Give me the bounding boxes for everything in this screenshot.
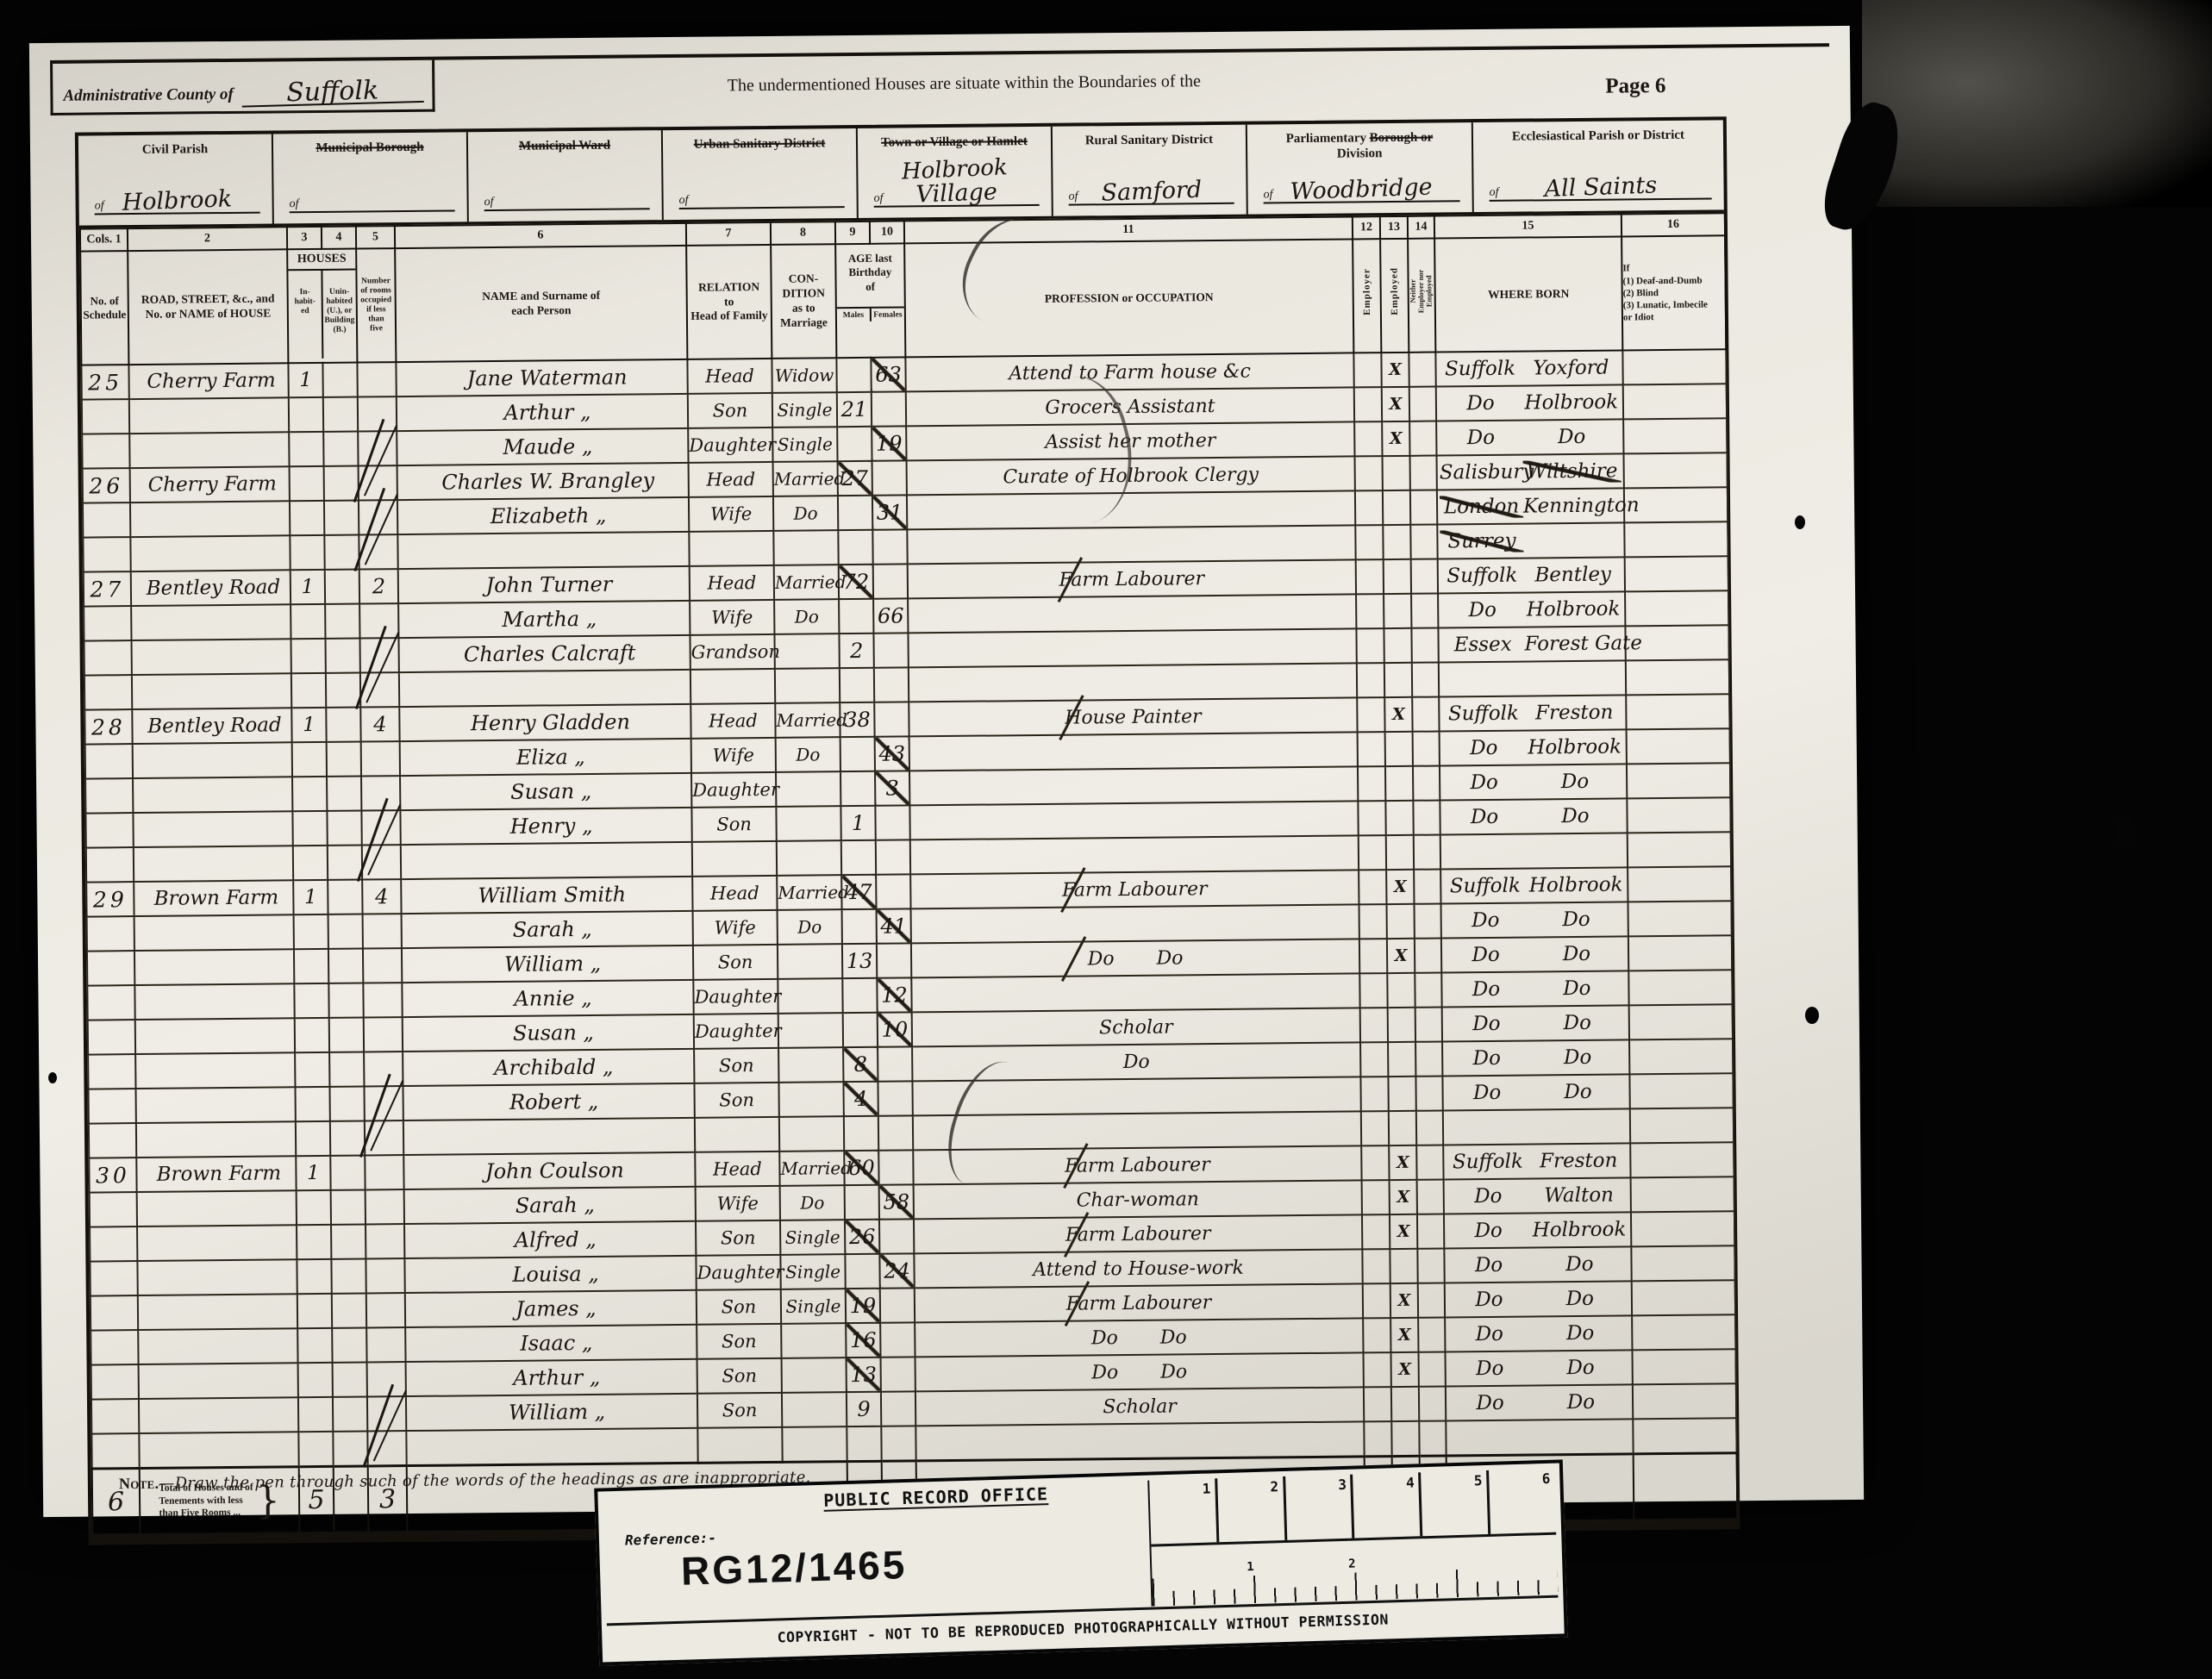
- born-place: Do: [1528, 1011, 1627, 1034]
- cell-condition: Do: [780, 1185, 845, 1220]
- cell-inhabited: [290, 501, 324, 535]
- cell-age-female: [875, 805, 909, 839]
- cell-neither: [1418, 1317, 1445, 1351]
- born-place: [1527, 856, 1625, 857]
- cell-condition: Do: [778, 909, 842, 945]
- cell-where-born: DoHolbrook: [1444, 1212, 1631, 1248]
- header-employed: Employed: [1380, 239, 1409, 353]
- cell-inhabited: [295, 1018, 329, 1052]
- cell-road: [135, 1087, 295, 1123]
- born-place: Bentley: [1524, 563, 1622, 586]
- cell-inhabited: 1: [288, 363, 322, 397]
- born-county: Do: [1447, 1254, 1531, 1277]
- cell-age-female: [878, 1150, 913, 1184]
- cell-employer: [1359, 870, 1386, 904]
- cell-condition: [778, 1013, 843, 1048]
- cell-where-born: DoDo: [1446, 1384, 1633, 1420]
- cell-age-male: 26: [845, 1220, 879, 1254]
- cell-schedule-number: [82, 399, 129, 434]
- cell-employer: [1358, 801, 1385, 835]
- cell-employed: [1384, 559, 1411, 594]
- cell-employed: X: [1390, 1180, 1417, 1214]
- cell-infirmity: [1628, 935, 1732, 971]
- cell-relation: Head: [690, 703, 775, 739]
- cell-schedule-number: [84, 640, 132, 676]
- cell-where-born: DoDo: [1445, 1281, 1632, 1317]
- cell-uninhabited: [322, 363, 357, 397]
- cell-occupation: Farm Labourer: [910, 870, 1359, 908]
- cell-employed: [1391, 1421, 1419, 1457]
- header-employer: Employer: [1353, 239, 1381, 353]
- scanned-census-page: Administrative County of Suffolk The und…: [0, 0, 2212, 1679]
- cell-name: Sarah „: [404, 1187, 696, 1224]
- stamp-ruler: 123456 12: [1147, 1469, 1558, 1607]
- district-cell: Civil Parish of Holbrook: [78, 134, 274, 225]
- cell-occupation: [908, 628, 1356, 667]
- cell-infirmity: [1623, 418, 1727, 453]
- born-county: Do: [1443, 806, 1527, 829]
- cell-occupation: [915, 1421, 1364, 1460]
- cell-uninhabited: [333, 1396, 367, 1431]
- cell-employer: [1360, 1077, 1388, 1111]
- cell-inhabited: [298, 1397, 333, 1432]
- ink-speck: [1805, 1007, 1819, 1024]
- stamp-reference-label: Reference:-: [625, 1530, 716, 1549]
- born-place: Wiltshire: [1522, 459, 1621, 483]
- born-county: Essex: [1441, 634, 1525, 657]
- col-number: 4: [322, 227, 356, 249]
- cell-condition: Widow: [772, 358, 836, 393]
- born-county: Suffolk: [1446, 1151, 1529, 1174]
- col-number: 3: [287, 227, 322, 249]
- cell-rooms: [357, 362, 396, 396]
- cell-employer: [1359, 904, 1387, 939]
- cell-inhabited: [292, 742, 327, 777]
- header-infirm: If (1) Deaf-and-Dumb (2) Blind (3) Lunat…: [1622, 235, 1726, 350]
- born-county: Do: [1447, 1289, 1531, 1312]
- cell-neither: [1417, 1248, 1444, 1283]
- cell-relation: Daughter: [693, 979, 778, 1014]
- cell-where-born: DoDo: [1445, 1350, 1632, 1386]
- cell-where-born: DoDo: [1442, 1074, 1629, 1110]
- cell-relation: Son: [693, 945, 778, 980]
- cell-condition: [782, 1426, 847, 1462]
- district-cell: Municipal Borough of: [273, 132, 469, 223]
- cell-road: Brown Farm: [134, 880, 293, 916]
- ruler-inches: 123456: [1149, 1469, 1556, 1547]
- census-form-paper: Administrative County of Suffolk The und…: [29, 26, 1864, 1517]
- born-county: [1449, 1444, 1533, 1445]
- cell-neither: [1415, 904, 1441, 939]
- census-body: 25 Cherry Farm 1 Jane Waterman Head Wido…: [81, 349, 1736, 1469]
- cell-occupation: Scholar: [915, 1387, 1364, 1426]
- cell-condition: Do: [773, 496, 838, 531]
- cell-schedule-number: [91, 1399, 139, 1434]
- cell-employed: [1385, 766, 1413, 801]
- cell-infirmity: [1624, 521, 1728, 557]
- cell-condition: [778, 944, 842, 979]
- cell-neither: [1415, 1007, 1442, 1041]
- cell-inhabited: [290, 466, 324, 501]
- cell-employer: [1355, 490, 1383, 525]
- cell-condition: [778, 1082, 843, 1117]
- cell-where-born: [1439, 660, 1626, 696]
- col-labels-row: No. of Schedule ROAD, STREET, &c., and N…: [80, 235, 1726, 365]
- cell-age-male: 13: [847, 1358, 881, 1392]
- cell-schedule-number: 25: [81, 365, 128, 400]
- cell-inhabited: [291, 673, 326, 708]
- ruler-inch-cell: 5: [1421, 1470, 1490, 1536]
- cell-age-female: [872, 529, 907, 564]
- cell-uninhabited: [323, 397, 358, 432]
- cell-occupation: [911, 904, 1359, 943]
- cell-name: [406, 1428, 697, 1466]
- district-value-handwritten: Samford: [1101, 179, 1202, 205]
- cell-schedule-number: [85, 813, 133, 848]
- cell-employed: X: [1390, 1283, 1418, 1318]
- district-writing-line: of: [678, 177, 844, 209]
- district-label: Urban Sanitary District: [663, 135, 856, 153]
- cell-where-born: SuffolkHolbrook: [1440, 867, 1628, 903]
- cell-road: Bentley Road: [132, 708, 291, 744]
- cell-relation: Head: [687, 359, 772, 394]
- district-writing-line: of Village: [873, 175, 1039, 208]
- cell-age-male: [836, 358, 871, 392]
- cell-employed: X: [1382, 387, 1409, 421]
- cell-name: Sarah „: [402, 911, 693, 948]
- cell-employed: X: [1387, 939, 1415, 973]
- cell-inhabited: [296, 1121, 330, 1156]
- ruler-inch-cell: 3: [1285, 1475, 1355, 1540]
- born-county: Do: [1446, 1082, 1529, 1105]
- cell-occupation: [909, 766, 1358, 805]
- cell-employed: [1385, 801, 1413, 835]
- cell-age-male: [842, 978, 877, 1013]
- cell-inhabited: [292, 777, 327, 811]
- cell-name: William Smith: [401, 877, 692, 914]
- cell-employer: [1358, 732, 1385, 766]
- cell-occupation: Farm Labourer: [915, 1283, 1363, 1322]
- cell-relation: Son: [697, 1358, 782, 1394]
- cell-uninhabited: [326, 673, 360, 708]
- cell-relation: Son: [691, 807, 776, 842]
- district-writing-line: of Woodbridge: [1263, 171, 1459, 203]
- cell-employer: [1355, 456, 1383, 490]
- district-label: Rural Sanitary District: [1053, 132, 1246, 149]
- cell-name: James „: [405, 1290, 697, 1327]
- cell-where-born: DoHolbrook: [1440, 729, 1627, 765]
- district-value-handwritten: Holbrook: [122, 189, 232, 215]
- cell-infirmity: [1631, 1177, 1734, 1212]
- born-county: Do: [1445, 1013, 1528, 1036]
- cell-age-female: [872, 460, 907, 495]
- cell-neither: [1409, 387, 1436, 421]
- cell-employer: [1362, 1214, 1390, 1249]
- cell-name: [401, 842, 692, 879]
- cell-rooms: [363, 983, 402, 1017]
- district-of-prefix: of: [679, 194, 689, 208]
- cell-inhabited: [289, 432, 323, 466]
- cell-occupation: Char-woman: [914, 1180, 1362, 1219]
- district-of-prefix: of: [1490, 186, 1499, 200]
- district-cell: Municipal Ward of: [468, 130, 664, 222]
- district-writing-line: of Samford: [1068, 173, 1234, 206]
- cell-inhabited: [295, 1087, 329, 1121]
- cell-name: [397, 532, 689, 569]
- district-label: Parliamentary Borough orDivision: [1247, 129, 1472, 162]
- district-of-prefix: of: [484, 196, 494, 209]
- ruler-inch-cell: 6: [1489, 1469, 1556, 1534]
- born-place: Yoxford: [1522, 356, 1620, 379]
- cell-schedule-number: [85, 744, 133, 779]
- born-place: Do: [1531, 1356, 1629, 1379]
- cell-occupation: [909, 732, 1358, 771]
- cell-where-born: [1440, 833, 1628, 869]
- cell-relation: Wife: [696, 1186, 780, 1221]
- col-number: 8: [771, 222, 835, 245]
- cell-road: [137, 1225, 297, 1261]
- cell-schedule-number: [83, 537, 130, 572]
- cell-inhabited: [292, 811, 327, 846]
- cell-occupation: Do Do: [911, 939, 1359, 977]
- cell-occupation: [909, 801, 1358, 839]
- district-writing-line: of: [289, 180, 454, 213]
- cell-schedule-number: 26: [83, 468, 130, 503]
- cell-condition: [778, 1047, 843, 1083]
- cell-schedule-number: 27: [84, 571, 131, 607]
- cell-employer: [1355, 525, 1383, 559]
- cell-road: [132, 673, 291, 709]
- cell-employed: [1388, 1077, 1415, 1111]
- header-uninhabited: Unin- habited (U.), or Building (B.): [322, 271, 356, 359]
- cell-employed: [1388, 1008, 1415, 1042]
- cell-occupation: Attend to Farm house &c: [905, 353, 1353, 391]
- cell-infirmity: [1625, 590, 1728, 626]
- district-label: Municipal Borough: [273, 139, 466, 156]
- cell-relation: Daughter: [696, 1255, 780, 1290]
- cell-schedule-number: [88, 1054, 135, 1089]
- cell-relation: Daughter: [691, 772, 776, 808]
- ruler-inch-cell: 2: [1217, 1476, 1287, 1542]
- cell-rooms: [360, 672, 399, 707]
- cell-condition: Single: [772, 392, 837, 428]
- cell-age-female: [880, 1288, 915, 1322]
- cell-occupation: Scholar: [912, 1008, 1360, 1046]
- cell-employed: X: [1382, 421, 1409, 456]
- cell-road: [137, 1259, 297, 1295]
- cell-where-born: SuffolkBentley: [1438, 557, 1625, 593]
- cell-where-born: [1446, 1419, 1633, 1456]
- cell-schedule-number: [84, 675, 132, 710]
- born-place: Holbrook: [1526, 735, 1624, 758]
- cell-rooms: [364, 1052, 403, 1086]
- cell-infirmity: [1628, 901, 1731, 936]
- cell-age-female: 58: [879, 1184, 914, 1219]
- cell-road: [138, 1294, 297, 1330]
- cell-occupation: Do: [912, 1042, 1360, 1081]
- cell-road: [138, 1328, 297, 1364]
- cell-uninhabited: [331, 1189, 366, 1224]
- cell-employer: [1362, 1249, 1390, 1283]
- cell-where-born: DoDo: [1441, 971, 1628, 1007]
- header-houses-title: HOUSES: [288, 250, 355, 272]
- cell-employer: [1357, 697, 1384, 732]
- cell-age-female: [881, 1391, 915, 1426]
- cell-name: Arthur „: [406, 1359, 697, 1396]
- cell-age-male: [845, 1254, 879, 1289]
- county-label: Administrative County of: [63, 85, 234, 108]
- cell-employer: [1359, 973, 1387, 1008]
- cell-inhabited: [297, 1225, 331, 1259]
- cell-name: William „: [402, 946, 693, 983]
- born-place: Do: [1528, 1080, 1627, 1103]
- cell-infirmity: [1632, 1349, 1735, 1384]
- cell-employer: [1363, 1318, 1390, 1352]
- cell-road: [129, 432, 289, 468]
- cell-age-male: [845, 1185, 879, 1220]
- cell-where-born: DoDo: [1445, 1315, 1632, 1351]
- cell-inhabited: [294, 914, 328, 949]
- cell-employer: [1359, 835, 1386, 870]
- born-county: Suffolk: [1440, 565, 1524, 588]
- born-place: [1523, 546, 1622, 546]
- born-county: Do: [1440, 599, 1524, 622]
- cell-relation: Son: [697, 1289, 781, 1325]
- district-value-handwritten: All Saints: [1544, 175, 1658, 201]
- cell-age-male: 19: [846, 1289, 880, 1323]
- cell-infirmity: [1627, 797, 1730, 833]
- cell-uninhabited: [327, 742, 361, 777]
- born-county: [1446, 1133, 1529, 1134]
- cell-uninhabited: [329, 1018, 364, 1052]
- cell-age-male: 72: [839, 565, 873, 599]
- cell-uninhabited: [324, 535, 359, 570]
- district-of-prefix: of: [1069, 190, 1078, 204]
- cell-age-male: [840, 668, 874, 702]
- cell-relation: Head: [689, 462, 773, 497]
- cell-rooms: [367, 1362, 406, 1396]
- cell-road: [139, 1432, 298, 1468]
- cell-occupation: Assist her mother: [906, 421, 1354, 460]
- district-writing-line: of Holbrook: [94, 183, 259, 215]
- cell-inhabited: [289, 397, 323, 432]
- cell-uninhabited: [328, 949, 363, 983]
- born-place: Do: [1527, 908, 1625, 931]
- cell-rooms: [366, 1327, 405, 1362]
- district-label: Ecclesiastical Parish or District: [1473, 127, 1723, 145]
- cell-rooms: [359, 534, 397, 569]
- cell-uninhabited: [330, 1120, 365, 1155]
- cell-employed: X: [1386, 870, 1414, 904]
- cell-uninhabited: [328, 983, 363, 1018]
- cell-age-female: 41: [877, 908, 911, 943]
- cell-employed: [1384, 594, 1411, 628]
- footnote-prefix: Note.: [119, 1475, 159, 1492]
- torn-edge-shading: [1862, 0, 2212, 207]
- cell-schedule-number: [87, 985, 134, 1021]
- cell-employed: X: [1384, 697, 1412, 732]
- cell-employed: X: [1390, 1352, 1418, 1387]
- district-label: Municipal Ward: [468, 137, 661, 154]
- cell-condition: Do: [776, 737, 840, 772]
- cell-relation: Son: [694, 1083, 778, 1118]
- cell-age-female: [874, 702, 909, 736]
- born-place: Do: [1522, 425, 1621, 448]
- born-place: Holbrook: [1530, 1218, 1628, 1241]
- cell-rooms: [366, 1224, 404, 1258]
- col-number: 9: [835, 222, 870, 244]
- cell-name: [399, 670, 690, 707]
- cell-neither: [1415, 1076, 1442, 1110]
- header-employed-text: Employed: [1389, 267, 1400, 315]
- cell-where-born: SuffolkFreston: [1443, 1143, 1630, 1179]
- cell-schedule-number: [91, 1364, 139, 1400]
- cell-road: [134, 949, 294, 985]
- cell-employed: [1386, 835, 1414, 870]
- header-neither-text: Neither Employer nor Employed: [1409, 269, 1434, 313]
- cell-infirmity: [1626, 694, 1729, 729]
- cell-where-born: Surrey: [1437, 522, 1624, 559]
- col-number: 6: [395, 223, 686, 248]
- born-place: Holbrook: [1524, 597, 1622, 621]
- cell-relation: Wife: [693, 910, 778, 946]
- cell-rooms: [361, 741, 400, 776]
- stamp-reference-number: RG12/1465: [680, 1541, 908, 1595]
- cell-road: [139, 1363, 298, 1399]
- cell-name: Louisa „: [404, 1256, 696, 1293]
- cell-neither: [1412, 663, 1439, 697]
- cell-relation: Son: [696, 1220, 780, 1256]
- cell-employer: [1354, 387, 1382, 421]
- cell-neither: [1411, 594, 1438, 628]
- cell-rooms: [364, 1017, 403, 1052]
- district-cell: Rural Sanitary District of Samford: [1053, 125, 1248, 216]
- cell-where-born: DoDo: [1442, 1005, 1629, 1041]
- totals-infirm-blank: [1634, 1453, 1738, 1523]
- cell-condition: [774, 634, 839, 669]
- cell-condition: [775, 668, 840, 703]
- cell-age-male: [837, 427, 872, 461]
- cell-age-male: [838, 496, 872, 530]
- cell-rooms: [367, 1431, 406, 1466]
- cell-age-male: 27: [838, 461, 872, 496]
- cell-relation: Wife: [690, 600, 774, 635]
- cell-name: Charles W. Brangley: [397, 463, 689, 500]
- cell-schedule-number: [91, 1330, 138, 1365]
- cell-condition: Single: [780, 1220, 845, 1255]
- cell-relation: Son: [694, 1048, 778, 1083]
- col-number: 2: [128, 227, 287, 251]
- cell-schedule-number: 28: [84, 709, 132, 745]
- cell-age-female: 63: [871, 357, 905, 391]
- cell-uninhabited: [323, 432, 358, 466]
- born-place: [1529, 1132, 1628, 1133]
- cell-age-female: [872, 391, 906, 426]
- ruler-inch-cell: 1: [1149, 1478, 1219, 1544]
- col-number: 10: [870, 221, 904, 243]
- cell-name: Archibald „: [403, 1049, 694, 1086]
- cell-road: [135, 1018, 295, 1054]
- cell-employer: [1360, 1042, 1388, 1077]
- cell-road: [135, 1052, 295, 1089]
- cell-condition: Married: [779, 1151, 844, 1186]
- cell-infirmity: [1629, 1073, 1733, 1108]
- cell-where-born: DoDo: [1441, 936, 1628, 972]
- cell-age-female: [877, 943, 911, 977]
- cell-age-male: [847, 1426, 881, 1462]
- ink-speck: [1795, 515, 1805, 529]
- cell-schedule-number: [85, 778, 133, 814]
